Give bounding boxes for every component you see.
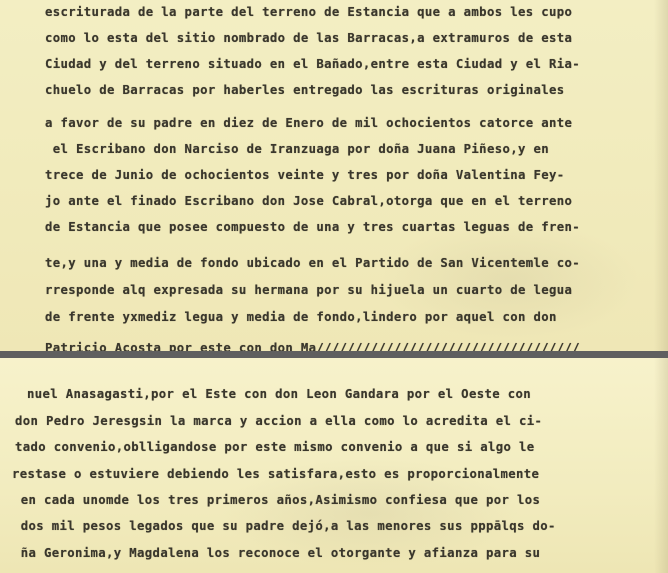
text-line: don Pedro Jeresgsin la marca y accion a … [15,414,542,428]
text-line: te,y una y media de fondo ubicado en el … [45,256,580,270]
text-line: trece de Junio de ochocientos veinte y t… [45,168,564,182]
document-page-top: escriturada de la parte del terreno de E… [0,0,668,351]
text-line: jo ante el finado Escribano don Jose Cab… [45,194,572,208]
text-line: de frente yxmediz legua y media de fondo… [45,310,557,324]
text-line: en cada unomde los tres primeros años,As… [13,493,540,507]
text-line: como lo esta del sitio nombrado de las B… [45,31,572,45]
text-line: a favor de su padre en diez de Enero de … [45,116,572,130]
text-line: restase o estuviere debiendo les satisfa… [12,467,539,481]
text-line: rresponde alq expresada su hermana por s… [45,283,572,297]
text-line: Ciudad y del terreno situado en el Bañad… [45,57,580,71]
document-page-bottom: nuel Anasagasti,por el Este con don Leon… [0,358,668,573]
text-line: tado convenio,oblligandose por este mism… [15,440,534,454]
text-line: escriturada de la parte del terreno de E… [45,5,572,19]
text-line: nuel Anasagasti,por el Este con don Leon… [27,387,531,401]
text-line: ña Geronima,y Magdalena los reconoce el … [13,546,540,560]
text-line: chuelo de Barracas por haberles entregad… [45,83,564,97]
text-line: el Escribano don Narciso de Iranzuaga po… [45,142,549,156]
text-line: dos mil pesos legados que su padre dejó,… [13,519,556,533]
page-divider [0,351,668,358]
paper-edge [654,0,668,351]
text-line: de Estancia que posee compuesto de una y… [45,220,580,234]
paper-edge [654,358,668,573]
text-line-cut: Patricio Acosta por este con don Ma/////… [45,341,580,351]
